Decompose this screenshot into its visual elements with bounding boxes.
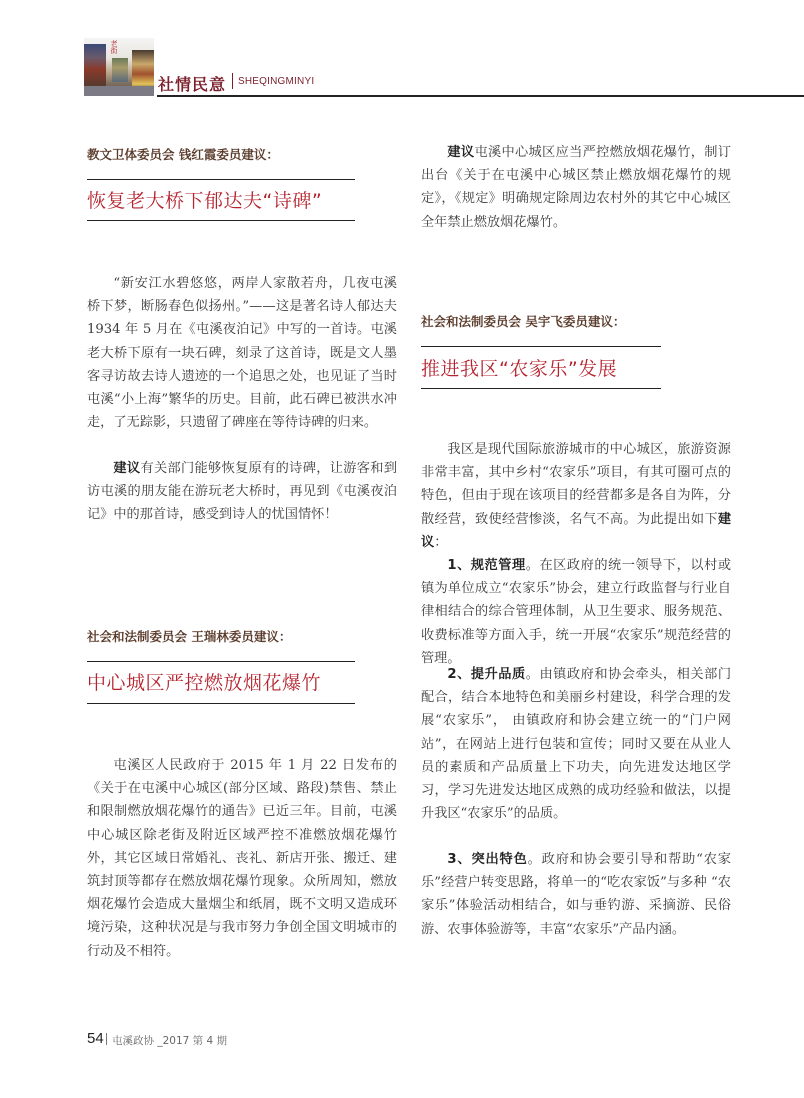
article-committee: 社会和法制委员会 吴宇飞委员建议： <box>421 312 625 330</box>
paragraph-text: “新安江水碧悠悠，两岸人家散若舟，几夜屯溪桥下梦，断肠春色似扬州。”——这是著名… <box>87 276 397 430</box>
article-committee: 教文卫体委员会 钱红霞委员建议： <box>87 145 279 163</box>
photo-calligraphy: 老街 <box>110 40 117 54</box>
headline-rule-bottom <box>421 388 661 389</box>
section-title-en: SHEQINGMINYI <box>238 76 314 87</box>
suggestion-label: 建议 <box>447 145 474 160</box>
article-paragraph: “新安江水碧悠悠，两岸人家散若舟，几夜屯溪桥下梦，断肠春色似扬州。”——这是著名… <box>87 272 397 434</box>
article-headline: 恢复老大桥下郁达夫“诗碑” <box>87 186 322 213</box>
headline-rule-bottom <box>87 220 355 221</box>
article-point-1: 1、规范管理。在区政府的统一领导下，以村或镇为单位成立“农家乐”协会，建立行政监… <box>421 554 731 670</box>
point-label: 2、提升品质 <box>447 667 525 682</box>
photo-street <box>84 86 154 96</box>
article-headline: 中心城区严控燃放烟花爆竹 <box>87 668 321 695</box>
article-paragraph: 屯溪区人民政府于 2015 年 1 月 22 日发布的《关于在屯溪中心城区(部分… <box>87 754 397 963</box>
footer-divider <box>106 1033 107 1045</box>
headline-rule-top <box>421 346 661 347</box>
suggestion-label: 建议 <box>113 461 140 476</box>
publication-issue: 屯溪政协 _2017 第 4 期 <box>112 1033 227 1048</box>
article-intro: 我区是现代国际旅游城市的中心城区，旅游资源非常丰富，其中乡村“农家乐”项目，有其… <box>421 438 731 554</box>
headline-rule-top <box>87 179 355 180</box>
header-photo-old-street: 老街 <box>84 38 154 96</box>
header-rule <box>157 95 804 97</box>
article-point-3: 3、突出特色。政府和协会要引导和帮助“农家乐”经营户转变思路，将单一的“吃农家饭… <box>421 848 731 941</box>
intro-end: ： <box>434 535 447 550</box>
intro-text: 我区是现代国际旅游城市的中心城区，旅游资源非常丰富，其中乡村“农家乐”项目，有其… <box>421 442 731 527</box>
article-headline: 推进我区“农家乐”发展 <box>421 354 617 381</box>
paragraph-text: 屯溪区人民政府于 2015 年 1 月 22 日发布的《关于在屯溪中心城区(部分… <box>87 758 397 959</box>
photo-archway <box>112 58 128 82</box>
photo-building-left <box>84 44 106 90</box>
article-suggestion: 建议有关部门能够恢复原有的诗碑，让游客和到访屯溪的朋友能在游玩老大桥时，再见到《… <box>87 457 397 527</box>
page-number: 54 <box>87 1030 104 1047</box>
section-title-divider <box>232 73 233 89</box>
article-suggestion: 建议屯溪中心城区应当严控燃放烟花爆竹，制订出台《关于在屯溪中心城区禁止燃放烟花爆… <box>421 141 731 234</box>
article-committee: 社会和法制委员会 王瑞林委员建议： <box>87 627 291 645</box>
section-title-cn: 社情民意 <box>158 72 226 95</box>
point-text: 。由镇政府和协会牵头，相关部门配合，结合本地特色和美丽乡村建设，科学合理的发展“… <box>421 667 731 821</box>
photo-building-right <box>132 50 154 90</box>
point-text: 。在区政府的统一领导下，以村或镇为单位成立“农家乐”协会，建立行政监督与行业自律… <box>421 558 731 666</box>
article-point-2: 2、提升品质。由镇政府和协会牵头，相关部门配合，结合本地特色和美丽乡村建设，科学… <box>421 663 731 825</box>
point-label: 1、规范管理 <box>447 558 525 573</box>
headline-rule-top <box>87 661 355 662</box>
headline-rule-bottom <box>87 703 355 704</box>
point-label: 3、突出特色 <box>447 852 527 867</box>
